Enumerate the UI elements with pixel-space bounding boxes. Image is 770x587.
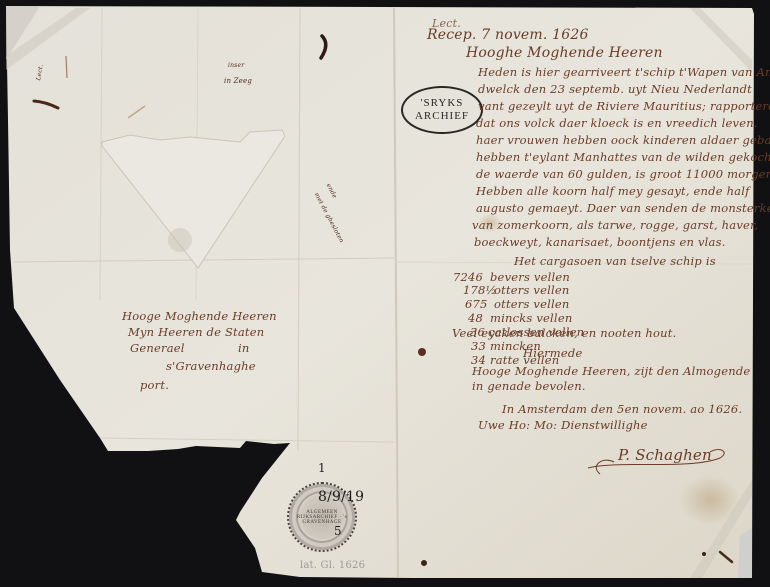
address-line: s'Gravenhaghe [166,361,256,373]
cargo-item: mincks vellen [490,313,572,325]
body-line: Het cargasoen van tselve schip is [514,256,716,268]
cargo-item: otters vellen [494,285,570,297]
cargo-qty: 675 [465,299,488,311]
cargo-item: otters vellen [494,299,570,311]
stamp-line-1: 'SRYKS [421,97,464,110]
margin-note: in Zeeg [224,78,252,85]
cargo-qty: 178½ [463,285,497,297]
body-line: vant gezeylt uyt de Riviere Mauritius; r… [478,101,770,113]
body-line: Hebben alle koorn half mey gesayt, ende … [476,186,750,198]
cargo-qty: 48 [468,313,483,325]
body-line: boeckweyt, kanarisaet, boontjens en vlas… [474,237,726,249]
closing-line: Hooge Moghende Heeren, zijt den Almogend… [472,366,750,378]
address-line: Myn Heeren de Staten [128,327,264,339]
signature: P. Schaghen [618,448,712,463]
archive-number-bottom: 5 [334,525,342,537]
body-line: dat ons volck daer kloeck is en vreedich… [476,118,758,130]
closing-line: In Amsterdam den 5en novem. ao 1626. [502,404,742,416]
margin-note: inser [228,63,244,69]
date-line: Recep. 7 novem. 1626 [427,28,589,42]
cargo-footer: Veel eycken balcken, en nooten hout. [452,328,676,340]
body-line: dwelck den 23 septemb. uyt Nieu Nederlan… [478,84,752,96]
address-line: Hooge Moghende Heeren [122,311,277,323]
body-line: van zomerkoorn, als tarwe, rogge, garst,… [472,220,758,232]
archive-number-top: 1 [318,462,326,474]
body-line: augusto gemaeyt. Daer van senden de mons… [476,203,770,215]
body-line: hebben t'eylant Manhattes van de wilden … [476,152,770,164]
pencil-note: lat. Gl. 1626 [300,561,365,571]
cargo-qty: 33 [471,341,486,353]
body-line: haer vrouwen hebben oock kinderen aldaer… [476,135,770,147]
stamp-line-2: ARCHIEF [415,110,469,123]
salutation: Hooghe Moghende Heeren [466,46,663,60]
archive-number: 8/9/19 [318,490,364,504]
closing-line: Hiermede [523,348,583,360]
document-scan: 'SRYKS ARCHIEF Lect. Recep. 7 novem. 162… [0,0,770,587]
closing-line: Uwe Ho: Mo: Dienstwillighe [478,420,648,432]
cargo-item: bevers vellen [490,272,570,284]
rijksarchief-stamp: 'SRYKS ARCHIEF [401,86,483,134]
body-line: de waerde van 60 gulden, is groot 11000 … [476,169,770,181]
address-line: in [238,343,250,355]
post-note: port. [140,380,169,392]
body-line: Heden is hier gearriveert t'schip t'Wape… [478,67,770,79]
cargo-qty: 7246 [453,272,483,284]
closing-line: in genade bevolen. [472,381,586,393]
address-line: Generael [130,343,185,355]
